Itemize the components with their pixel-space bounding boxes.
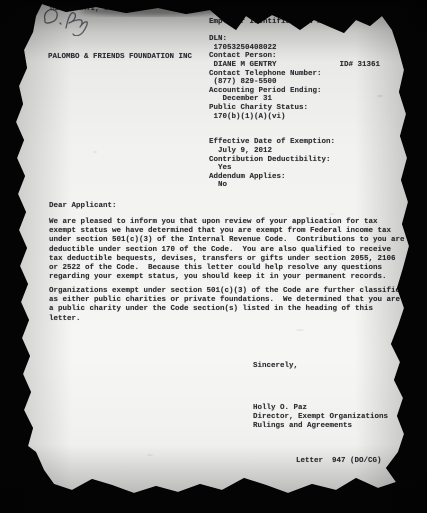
body-paragraph-1: We are pleased to inform you that upon r… bbox=[49, 218, 405, 282]
closing-sincerely: Sincerely, bbox=[253, 362, 298, 371]
signature-stroke-holly bbox=[1, 9, 31, 34]
salutation: Dear Applicant: bbox=[49, 202, 117, 211]
signer-block: Holly O. Paz Director, Exempt Organizati… bbox=[253, 404, 388, 430]
body-paragraph-2: Organizations exempt under section 501(c… bbox=[49, 287, 405, 324]
scanned-letter: CINCINNATI, OH 45201 PALOMBO & FRIENDS F… bbox=[0, 0, 427, 513]
letter-text-layer: CINCINNATI, OH 45201 PALOMBO & FRIENDS F… bbox=[0, 0, 427, 513]
header-info-block: Employer Identification Number: DLN: 170… bbox=[209, 18, 380, 190]
signature-stroke-paz bbox=[66, 13, 87, 36]
letter-number-footer: Letter 947 (DO/CG) bbox=[296, 457, 382, 466]
recipient-name: PALOMBO & FRIENDS FOUNDATION INC bbox=[48, 53, 192, 62]
signature-handwriting bbox=[0, 0, 95, 36]
signature-stroke-o bbox=[45, 10, 61, 24]
